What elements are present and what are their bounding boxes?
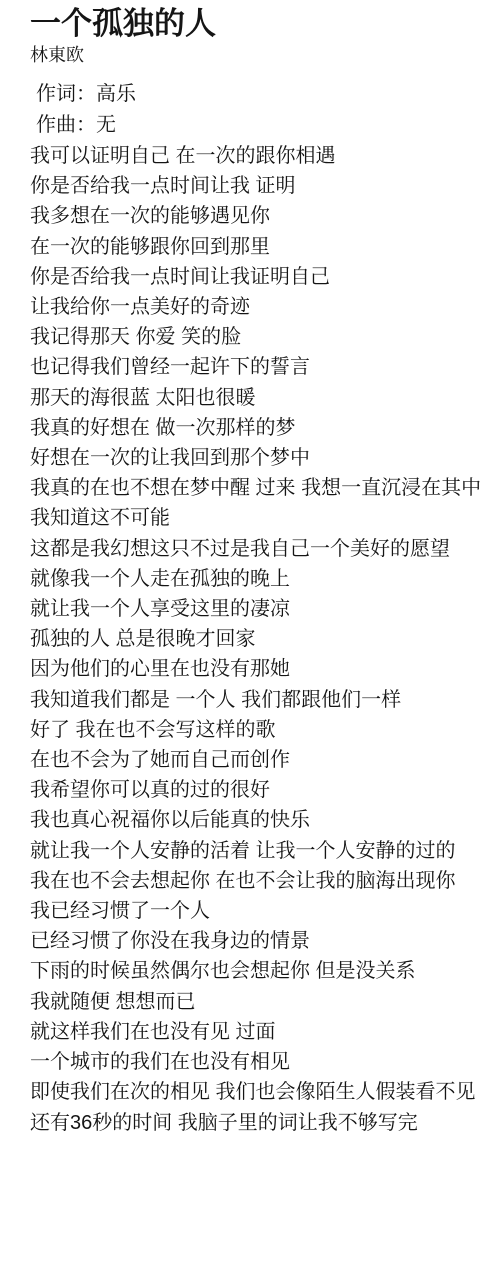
lyric-line: 我可以证明自己 在一次的跟你相遇 xyxy=(30,141,500,171)
lyric-line: 我希望你可以真的过的很好 xyxy=(30,775,500,805)
lyric-line: 好了 我在也不会写这样的歌 xyxy=(30,715,500,745)
credits-block: 作词：高乐 作曲：无 xyxy=(30,79,500,141)
lyric-line: 也记得我们曾经一起许下的誓言 xyxy=(30,352,500,382)
lyricist-credit: 作词：高乐 xyxy=(36,79,500,110)
lyric-line: 好想在一次的让我回到那个梦中 xyxy=(30,443,500,473)
composer-credit: 作曲：无 xyxy=(36,110,500,141)
lyric-line: 我多想在一次的能够遇见你 xyxy=(30,201,500,231)
lyric-line: 我知道这不可能 xyxy=(30,503,500,533)
song-title: 一个孤独的人 xyxy=(30,6,500,42)
lyric-line: 我真的好想在 做一次那样的梦 xyxy=(30,413,500,443)
lyric-line: 因为他们的心里在也没有那她 xyxy=(30,654,500,684)
lyric-line: 我在也不会去想起你 在也不会让我的脑海出现你 xyxy=(30,866,500,896)
lyric-line: 我记得那天 你爱 笑的脸 xyxy=(30,322,500,352)
lyric-line: 就像我一个人走在孤独的晚上 xyxy=(30,564,500,594)
lyric-line: 你是否给我一点时间让我证明自己 xyxy=(30,262,500,292)
lyric-line: 我知道我们都是 一个人 我们都跟他们一样 xyxy=(30,685,500,715)
lyric-line: 在一次的能够跟你回到那里 xyxy=(30,232,500,262)
lyric-line: 在也不会为了她而自己而创作 xyxy=(30,745,500,775)
lyric-line: 就让我一个人享受这里的凄凉 xyxy=(30,594,500,624)
lyric-line: 你是否给我一点时间让我 证明 xyxy=(30,171,500,201)
lyric-line: 已经习惯了你没在我身边的情景 xyxy=(30,926,500,956)
lyric-line: 就这样我们在也没有见 过面 xyxy=(30,1017,500,1047)
lyrics-block: 我可以证明自己 在一次的跟你相遇你是否给我一点时间让我 证明我多想在一次的能够遇… xyxy=(30,141,500,1138)
lyric-line: 那天的海很蓝 太阳也很暖 xyxy=(30,383,500,413)
lyric-line: 孤独的人 总是很晚才回家 xyxy=(30,624,500,654)
lyric-line: 就让我一个人安静的活着 让我一个人安静的过的 xyxy=(30,836,500,866)
artist-name: 林東欧 xyxy=(30,44,500,66)
lyric-line: 我已经习惯了一个人 xyxy=(30,896,500,926)
lyric-line: 这都是我幻想这只不过是我自己一个美好的愿望 xyxy=(30,534,500,564)
lyric-line: 即使我们在次的相见 我们也会像陌生人假装看不见 xyxy=(30,1077,500,1107)
lyric-line: 我真的在也不想在梦中醒 过来 我想一直沉浸在其中 xyxy=(30,473,500,503)
lyric-line: 下雨的时候虽然偶尔也会想起你 但是没关系 xyxy=(30,956,500,986)
lyric-line: 我也真心祝福你以后能真的快乐 xyxy=(30,805,500,835)
lyric-line: 还有36秒的时间 我脑子里的词让我不够写完 xyxy=(30,1108,500,1138)
lyric-line: 我就随便 想想而已 xyxy=(30,987,500,1017)
lyric-line: 一个城市的我们在也没有相见 xyxy=(30,1047,500,1077)
lyrics-page: 一个孤独的人 林東欧 作词：高乐 作曲：无 我可以证明自己 在一次的跟你相遇你是… xyxy=(0,0,500,1270)
lyric-line: 让我给你一点美好的奇迹 xyxy=(30,292,500,322)
